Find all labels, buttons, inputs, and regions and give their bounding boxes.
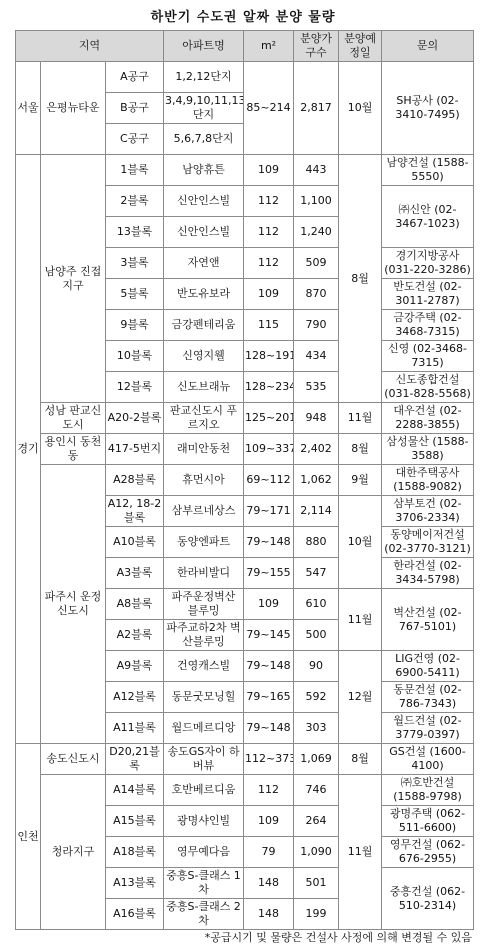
header-row: 지역 아파트명 m² 분양가구수 분양예정일 문의 (16, 31, 474, 62)
region-gyeonggi: 경기 (16, 155, 41, 744)
contact: 반도건설 (02-3011-2787) (382, 279, 474, 310)
apartment: 3,4,9,10,11,13,14단지 (164, 93, 244, 124)
apartment: 신도브래뉴 (164, 372, 244, 403)
contact: 신영 (02-3468-7315) (382, 341, 474, 372)
district-cheongna: 청라지구 (41, 775, 106, 930)
contact: 삼부토건 (02-3706-2334) (382, 496, 474, 527)
units: 303 (294, 713, 339, 744)
contact: 광명주택 (062-511-6600) (382, 806, 474, 837)
schedule: 8월 (339, 434, 382, 465)
contact: ㈜신안 (02-3467-1023) (382, 186, 474, 248)
units: 592 (294, 682, 339, 713)
footnote: *공급시기 및 물량은 건설사 사정에 의해 변경될 수 있음 (205, 929, 472, 945)
block: A12, 18-2블록 (106, 496, 164, 527)
block: A18블록 (106, 837, 164, 868)
block: A12블록 (106, 682, 164, 713)
page-title: 하반기 수도권 알짜 분양 물량 (0, 6, 486, 25)
schedule: 11월 (339, 589, 382, 651)
schedule: 12월 (339, 651, 382, 744)
units: 547 (294, 558, 339, 589)
district-songdo: 송도신도시 (41, 744, 106, 775)
block: A15블록 (106, 806, 164, 837)
header-area: m² (244, 31, 294, 62)
area: 85~214 (244, 62, 294, 155)
contact: 영무건설 (062-676-2955) (382, 837, 474, 868)
table-row: 서울 은평뉴타운 A공구 1,2,12단지 85~214 2,817 10월 S… (16, 62, 474, 93)
units: 509 (294, 248, 339, 279)
apartment: 동양엔파트 (164, 527, 244, 558)
block: A28블록 (106, 465, 164, 496)
apartment: 판교신도시 푸르지오 (164, 403, 244, 434)
table-row: 성남 판교신도시 A20-2블록 판교신도시 푸르지오 125~201 948 … (16, 403, 474, 434)
area: 69~112 (244, 465, 294, 496)
units: 746 (294, 775, 339, 806)
units: 90 (294, 651, 339, 682)
apartment: 중흥S-클래스 1차 (164, 868, 244, 899)
block: 417-5번지 (106, 434, 164, 465)
region-incheon: 인천 (16, 744, 41, 930)
district-yongin: 용인시 동천동 (41, 434, 106, 465)
apartment: 휴먼시아 (164, 465, 244, 496)
units: 199 (294, 899, 339, 930)
block: A3블록 (106, 558, 164, 589)
region-seoul: 서울 (16, 62, 41, 155)
area: 112 (244, 248, 294, 279)
apartment: 건영캐스빌 (164, 651, 244, 682)
block: A9블록 (106, 651, 164, 682)
apartment: 신안인스빌 (164, 217, 244, 248)
units: 1,062 (294, 465, 339, 496)
schedule: 11월 (339, 775, 382, 930)
table-row: 용인시 동천동 417-5번지 래미안동천 109~337 2,402 8월 삼… (16, 434, 474, 465)
schedule: 8월 (339, 744, 382, 775)
apartment: 호반베르디움 (164, 775, 244, 806)
apartment: 파주운정벽산 블루밍 (164, 589, 244, 620)
block: 5블록 (106, 279, 164, 310)
units: 1,100 (294, 186, 339, 217)
apartment: 1,2,12단지 (164, 62, 244, 93)
area: 112 (244, 775, 294, 806)
header-apartment: 아파트명 (164, 31, 244, 62)
units: 501 (294, 868, 339, 899)
units: 2,402 (294, 434, 339, 465)
area: 109 (244, 155, 294, 186)
apartment: 5,6,7,8단지 (164, 124, 244, 155)
apartment: 반도유보라 (164, 279, 244, 310)
table-row: 청라지구 A14블록 호반베르디움 112 746 11월 ㈜호반건설 (158… (16, 775, 474, 806)
district-paju: 파주시 운정신도시 (41, 465, 106, 744)
block: 3블록 (106, 248, 164, 279)
contact: 신도종합건설 (031-828-5568) (382, 372, 474, 403)
block: A14블록 (106, 775, 164, 806)
contact: 대한주택공사 (1588-9082) (382, 465, 474, 496)
contact: 월드건설 (02-3779-0397) (382, 713, 474, 744)
block: 1블록 (106, 155, 164, 186)
units: 443 (294, 155, 339, 186)
units: 880 (294, 527, 339, 558)
apartment: 영무예다음 (164, 837, 244, 868)
area: 112 (244, 217, 294, 248)
block: A20-2블록 (106, 403, 164, 434)
area: 79~155 (244, 558, 294, 589)
apartment: 광명샤인빌 (164, 806, 244, 837)
header-region: 지역 (16, 31, 164, 62)
contact: 벽산건설 (02-767-5101) (382, 589, 474, 651)
table-row: 인천 송도신도시 D20,21블록 송도GS자이 하버뷰 112~373 1,0… (16, 744, 474, 775)
district-pangyo: 성남 판교신도시 (41, 403, 106, 434)
area: 148 (244, 899, 294, 930)
block: A공구 (106, 62, 164, 93)
schedule: 10월 (339, 496, 382, 589)
contact: 남양건설 (1588-5550) (382, 155, 474, 186)
area: 115 (244, 310, 294, 341)
units: 790 (294, 310, 339, 341)
block: A16블록 (106, 899, 164, 930)
block: 12블록 (106, 372, 164, 403)
apartment: 삼부르네상스 (164, 496, 244, 527)
area: 128~191 (244, 341, 294, 372)
units: 434 (294, 341, 339, 372)
block: A2블록 (106, 620, 164, 651)
block: 13블록 (106, 217, 164, 248)
block: A13블록 (106, 868, 164, 899)
district-eunpyeong: 은평뉴타운 (41, 62, 106, 155)
header-schedule: 분양예정일 (339, 31, 382, 62)
units: 264 (294, 806, 339, 837)
units: 1,090 (294, 837, 339, 868)
contact: SH공사 (02-3410-7495) (382, 62, 474, 155)
block: B공구 (106, 93, 164, 124)
units: 948 (294, 403, 339, 434)
schedule: 11월 (339, 403, 382, 434)
area: 79~165 (244, 682, 294, 713)
table-row: 파주시 운정신도시 A28블록 휴먼시아 69~112 1,062 9월 대한주… (16, 465, 474, 496)
header-units: 분양가구수 (294, 31, 339, 62)
area: 79~148 (244, 651, 294, 682)
contact: 대우건설 (02-2288-3855) (382, 403, 474, 434)
units: 870 (294, 279, 339, 310)
apartment: 한라비발디 (164, 558, 244, 589)
apartment: 신영지웰 (164, 341, 244, 372)
block: 9블록 (106, 310, 164, 341)
area: 79 (244, 837, 294, 868)
schedule: 10월 (339, 62, 382, 155)
area: 79~145 (244, 620, 294, 651)
area: 79~148 (244, 527, 294, 558)
block: C공구 (106, 124, 164, 155)
area: 109~337 (244, 434, 294, 465)
apartment: 금강펜테리움 (164, 310, 244, 341)
apartment: 중흥S-클래스 2차 (164, 899, 244, 930)
supply-table: 지역 아파트명 m² 분양가구수 분양예정일 문의 서울 은평뉴타운 A공구 1… (15, 30, 474, 930)
block: A11블록 (106, 713, 164, 744)
contact: 금강주택 (02-3468-7315) (382, 310, 474, 341)
schedule: 8월 (339, 155, 382, 403)
district-namyangju: 남양주 진접지구 (41, 155, 106, 403)
block: A10블록 (106, 527, 164, 558)
apartment: 월드메르디앙 (164, 713, 244, 744)
area: 109 (244, 279, 294, 310)
units: 1,240 (294, 217, 339, 248)
units: 500 (294, 620, 339, 651)
contact: GS건설 (1600-4100) (382, 744, 474, 775)
area: 79~171 (244, 496, 294, 527)
apartment: 신안인스빌 (164, 186, 244, 217)
contact: LIG건영 (02-6900-5411) (382, 651, 474, 682)
area: 112~373 (244, 744, 294, 775)
contact: 중흥건설 (062-510-2314) (382, 868, 474, 930)
units: 2,114 (294, 496, 339, 527)
area: 79~148 (244, 713, 294, 744)
units: 610 (294, 589, 339, 620)
schedule: 9월 (339, 465, 382, 496)
block: 10블록 (106, 341, 164, 372)
contact: 경기지방공사 (031-220-3286) (382, 248, 474, 279)
contact: 한라건설 (02-3434-5798) (382, 558, 474, 589)
area: 112 (244, 186, 294, 217)
contact: 동문건설 (02-786-7343) (382, 682, 474, 713)
table-row: 경기 남양주 진접지구 1블록 남양휴튼 109 443 8월 남양건설 (15… (16, 155, 474, 186)
contact: 삼성물산 (1588-3588) (382, 434, 474, 465)
units: 535 (294, 372, 339, 403)
apartment: 남양휴튼 (164, 155, 244, 186)
area: 109 (244, 806, 294, 837)
block: 2블록 (106, 186, 164, 217)
block: D20,21블록 (106, 744, 164, 775)
apartment: 송도GS자이 하버뷰 (164, 744, 244, 775)
apartment: 자연앤 (164, 248, 244, 279)
area: 125~201 (244, 403, 294, 434)
contact: 동양메이저건설 (02-3770-3121) (382, 527, 474, 558)
block: A8블록 (106, 589, 164, 620)
contact: ㈜호반건설 (1588-9798) (382, 775, 474, 806)
apartment: 동문굿모닝힐 (164, 682, 244, 713)
apartment: 파주교하2차 벽산블루밍 (164, 620, 244, 651)
area: 128~234 (244, 372, 294, 403)
area: 148 (244, 868, 294, 899)
area: 109 (244, 589, 294, 620)
apartment: 래미안동천 (164, 434, 244, 465)
header-contact: 문의 (382, 31, 474, 62)
units: 2,817 (294, 62, 339, 155)
units: 1,069 (294, 744, 339, 775)
